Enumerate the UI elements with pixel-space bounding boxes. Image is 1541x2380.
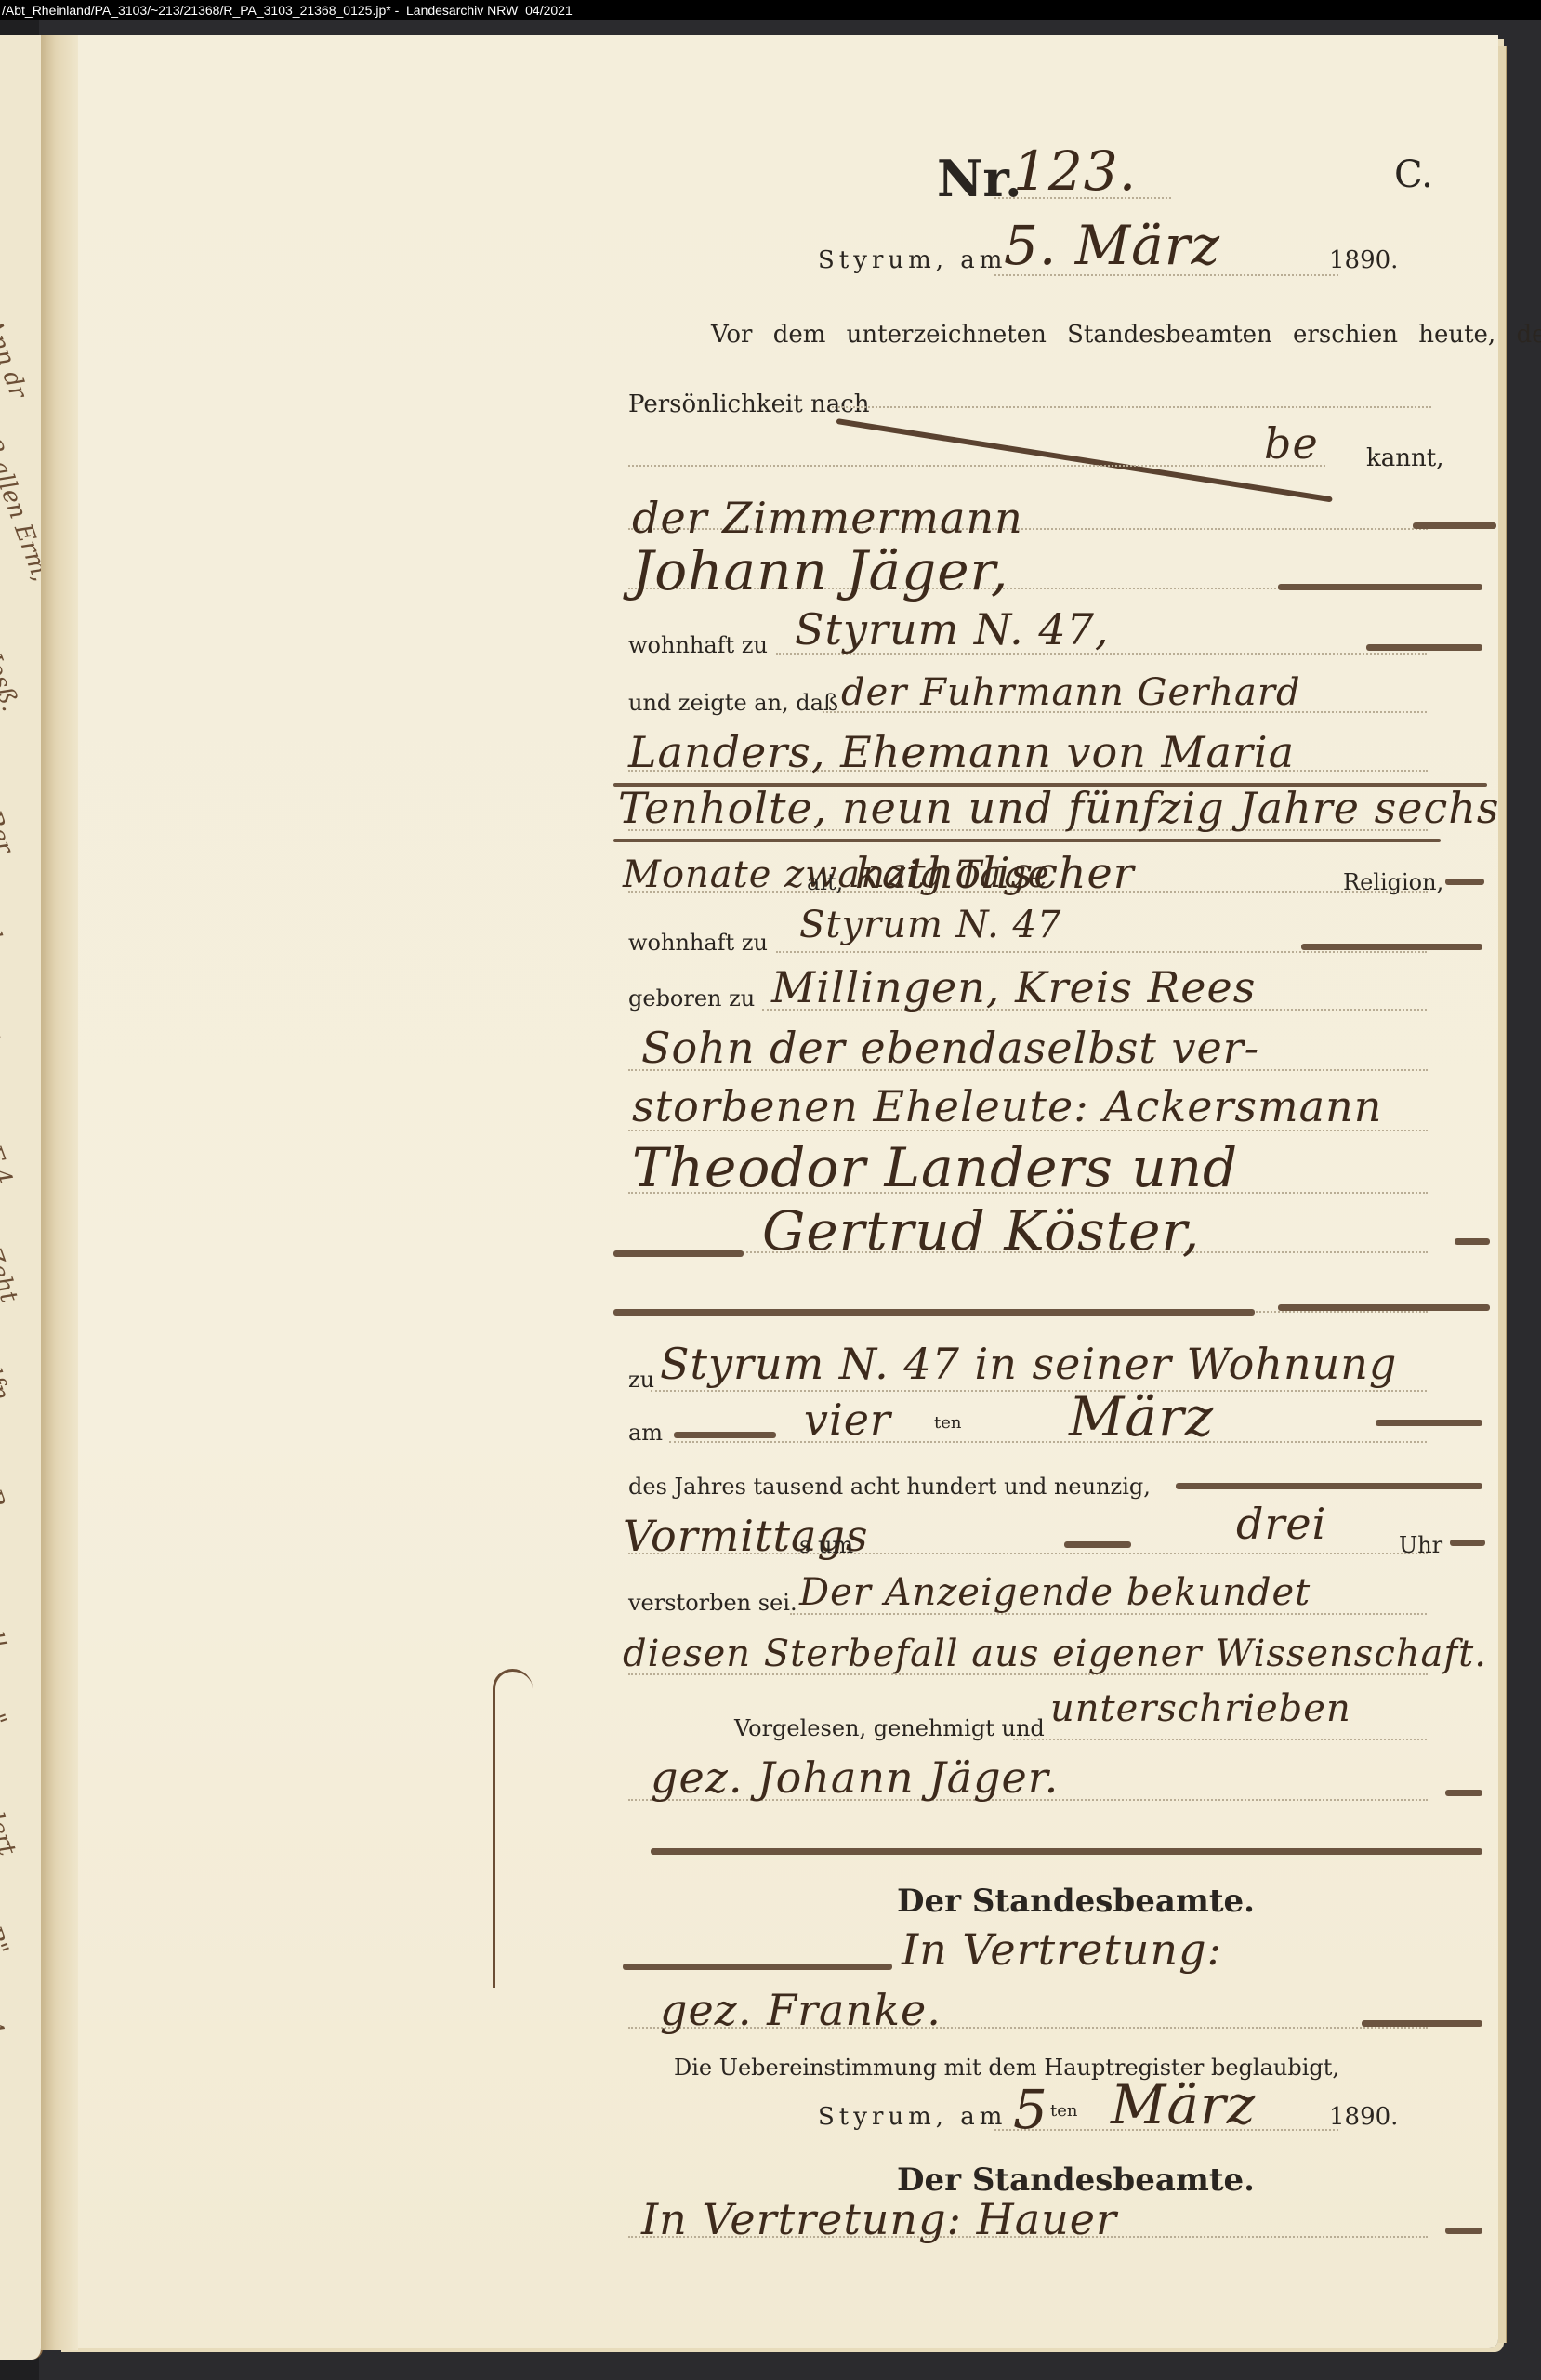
filler-dash xyxy=(1413,522,1496,529)
filler-dash xyxy=(1376,1420,1482,1426)
cert-day: 5 xyxy=(1013,2078,1048,2141)
time-label: s um xyxy=(799,1532,853,1558)
residence-label: wohnhaft zu xyxy=(628,632,768,658)
filler-dash xyxy=(1278,1304,1490,1311)
identity-field-line xyxy=(832,406,1431,408)
field-line xyxy=(776,951,1427,953)
identity-label: Persönlichkeit nach xyxy=(628,390,870,418)
closing-line xyxy=(651,1848,1482,1855)
cert-place-label: Styrum, am xyxy=(818,2103,1007,2131)
left-page-scrawl: Ann dr xyxy=(0,314,33,402)
intro-text: Vor dem unterzeichneten Standesbeamten e… xyxy=(711,321,1541,349)
registrar-line-2: gez. Franke. xyxy=(660,1985,942,2035)
filler-dash xyxy=(1278,584,1482,590)
identity-handwritten: be xyxy=(1264,418,1319,469)
underline xyxy=(613,839,1441,842)
left-page-scrawl: F 4 xyxy=(0,1142,18,1189)
age-label: alt, xyxy=(807,869,843,895)
filler-dash xyxy=(1445,879,1484,885)
filler-dash xyxy=(1455,1238,1490,1245)
deceased-line-2: Landers, Ehemann von Maria xyxy=(628,727,1295,777)
filler-dash xyxy=(1450,1540,1485,1546)
record-number-label: Nr. xyxy=(937,149,1022,208)
death-day-label: am xyxy=(628,1420,663,1446)
identity-field-line-2 xyxy=(628,465,1325,467)
deceased-residence: Styrum N. 47 xyxy=(799,904,1061,946)
parents-line-1: Sohn der ebendaselbst ver- xyxy=(641,1023,1259,1073)
cert-signature: In Vertretung: Hauer xyxy=(641,2194,1117,2244)
record-number: 123. xyxy=(1013,139,1137,203)
signoff-handwritten: unterschrieben xyxy=(1050,1687,1351,1730)
religion-handwritten: katholischer xyxy=(855,848,1135,898)
left-page-scrawl: Josß. xyxy=(0,649,24,715)
deceased-label: verstorben sei. xyxy=(628,1590,797,1616)
filler-dash xyxy=(1176,1483,1482,1489)
left-page-scrawl: 4. xyxy=(0,2016,11,2047)
window-title-bar: /Abt_Rheinland/PA_3103/~213/21368/R_PA_3… xyxy=(0,0,1541,20)
year-text: des Jahres tausend acht hundert und neun… xyxy=(628,1474,1151,1500)
left-page-scrawl: B" xyxy=(0,1923,14,1959)
left-page-scrawl: a u xyxy=(0,1606,17,1651)
field-line xyxy=(651,1390,1427,1392)
death-place-label: zu xyxy=(628,1367,654,1393)
field-line xyxy=(669,1441,1427,1443)
filler-dash xyxy=(613,1309,1255,1316)
report-label: und zeigte an, daß xyxy=(628,690,838,716)
filler-dash xyxy=(1366,644,1482,651)
record-year: 1890. xyxy=(1329,246,1398,274)
left-page-scrawl: Zeht xyxy=(0,1244,23,1306)
record-date: 5. März xyxy=(1004,214,1220,277)
religion-label: Religion, xyxy=(1343,869,1443,895)
page-edge xyxy=(1498,46,1507,2343)
deceased-residence-label: wohnhaft zu xyxy=(628,930,768,956)
left-page-scrawl: r" xyxy=(0,1699,11,1730)
filler-dash xyxy=(613,1250,744,1257)
death-day: vier xyxy=(804,1395,891,1445)
informant-residence: Styrum N. 47, xyxy=(795,604,1110,654)
cert-month: März xyxy=(1111,2073,1256,2136)
parents-line-4: Gertrud Köster, xyxy=(762,1199,1200,1263)
declaration-line-1: Der Anzeigende bekundet xyxy=(799,1571,1311,1614)
death-hour: drei xyxy=(1236,1499,1326,1549)
deceased-line-3: Tenholte, neun und fünfzig Jahre sechs xyxy=(618,783,1499,833)
birthplace-label: geboren zu xyxy=(628,985,755,1011)
deceased-line-1: der Fuhrmann Gerhard xyxy=(841,671,1301,714)
parents-line-2: storbenen Eheleute: Ackersmann xyxy=(632,1081,1382,1131)
place-label: Styrum, am xyxy=(818,246,1007,274)
left-page-scrawl: dert xyxy=(0,1802,21,1859)
series-letter: C. xyxy=(1394,153,1433,196)
left-page-scrawl: R xyxy=(0,1486,10,1513)
cert-year: 1890. xyxy=(1329,2103,1398,2131)
parents-line-3: Theodor Landers und xyxy=(632,1136,1238,1199)
cert-day-suffix: ten xyxy=(1050,2101,1077,2121)
margin-bracket-mark xyxy=(493,1669,533,1988)
registrar-title: Der Standesbeamte. xyxy=(897,1883,1255,1920)
left-page-scrawl: Ber xyxy=(0,807,19,857)
death-day-suffix: ten xyxy=(934,1413,961,1433)
death-place: Styrum N. 47 in seiner Wohnung xyxy=(660,1339,1397,1389)
declaration-line-2: diesen Sterbefall aus eigener Wissenscha… xyxy=(623,1633,1487,1675)
cert-registrar-title: Der Standesbeamte. xyxy=(897,2162,1255,2199)
informant-occupation: der Zimmermann xyxy=(632,493,1023,543)
field-line xyxy=(1013,1739,1427,1740)
filler-dash xyxy=(1445,1790,1482,1796)
birthplace: Millingen, Kreis Rees xyxy=(771,962,1256,1012)
left-page-scrawl: 3 allen Erm; xyxy=(0,435,43,587)
informant-name: Johann Jäger, xyxy=(632,539,1008,602)
death-month: März xyxy=(1069,1385,1214,1448)
filler-dash xyxy=(674,1432,776,1438)
filler-dash xyxy=(1445,2228,1482,2234)
identity-suffix: kannt, xyxy=(1366,444,1443,472)
book-gutter xyxy=(41,35,78,2350)
hour-label: Uhr xyxy=(1399,1532,1442,1558)
registrar-line-1: In Vertretung: xyxy=(902,1924,1222,1975)
filler-dash xyxy=(1362,2020,1482,2027)
left-page-scrawl: h xyxy=(0,928,9,952)
left-page-scrawl: g xyxy=(0,1021,9,1045)
filler-dash xyxy=(1301,944,1482,950)
signoff-label: Vorgelesen, genehmigt und xyxy=(734,1715,1045,1741)
filler-dash xyxy=(623,1963,892,1970)
left-page-scrawl: lfn xyxy=(0,1365,15,1405)
informant-signature: gez. Johann Jäger. xyxy=(651,1752,1059,1803)
filler-dash xyxy=(1064,1541,1131,1548)
left-page-sliver: Ann dr 3 allen Erm; Josß. Ber h g F 4 Ze… xyxy=(0,35,43,2360)
